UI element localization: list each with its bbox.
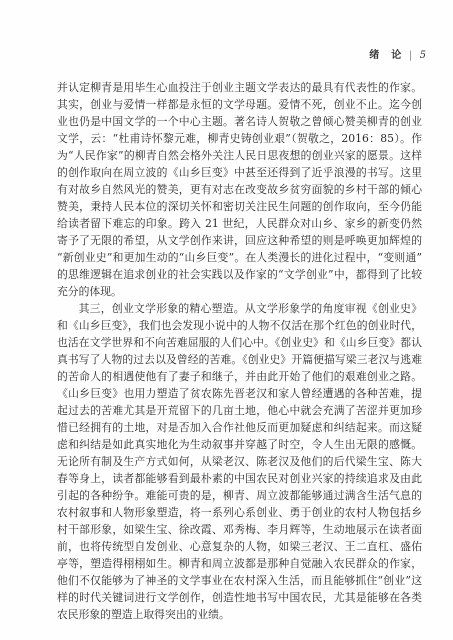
running-head: 绪 论 | 5: [369, 50, 426, 62]
running-head-chapter-title: 绪 论: [369, 50, 402, 62]
paragraph-point-three: 其三，创业文学形象的精心塑造。从文学形象学的角度审视《创业史》和《山乡巨变》，我…: [57, 300, 422, 623]
running-head-separator: |: [410, 50, 412, 62]
book-page: 绪 论 | 5 并认定柳青是用毕生心血投注于创业主题文学表达的最具有代表性的作家…: [0, 0, 453, 640]
page-number: 5: [420, 50, 426, 62]
paragraph-continuation: 并认定柳青是用毕生心血投注于创业主题文学表达的最具有代表性的作家。其实，创业与爱…: [57, 79, 422, 300]
body-text-block: 并认定柳青是用毕生心血投注于创业主题文学表达的最具有代表性的作家。其实，创业与爱…: [57, 79, 422, 623]
